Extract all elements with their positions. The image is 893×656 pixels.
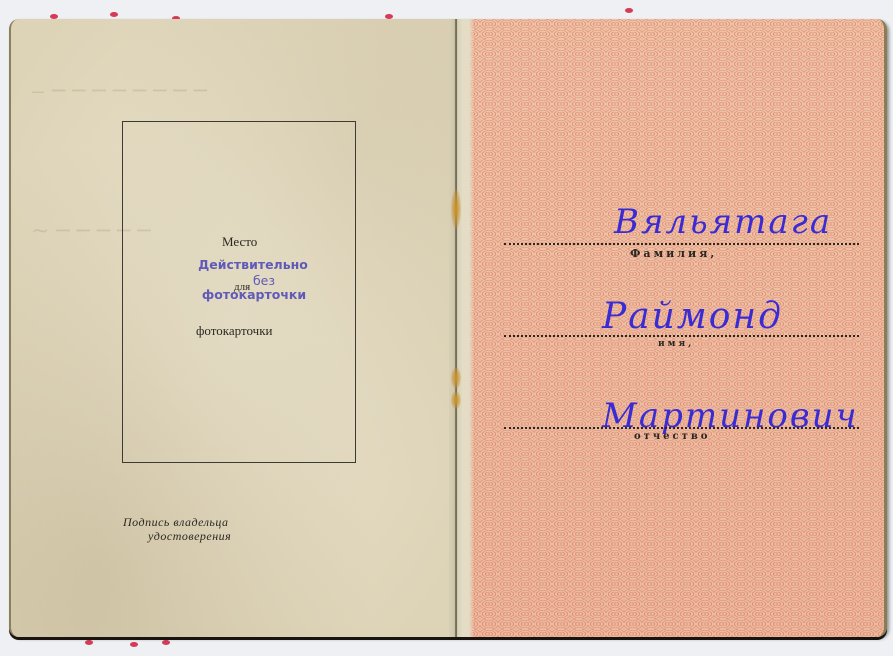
stamp-line-photo: фотокарточки: [189, 289, 319, 302]
left-page: ‒ ─ ─ ─ ─ ─ ─ ─ ─ ~ ─ ─ ─ ─ ─ Место для …: [9, 19, 452, 637]
first-name-label: имя,: [658, 339, 694, 349]
patronymic-label: отчество: [634, 431, 710, 442]
signature-caption-line2: удостоверения: [148, 529, 231, 544]
stamp-line-valid: Действительно: [187, 259, 319, 272]
thread-fiber: [162, 640, 170, 645]
thread-fiber: [625, 8, 633, 13]
rust-stain: [451, 367, 461, 389]
rust-stain: [451, 391, 461, 409]
validity-stamp: Действительно без фотокарточки: [187, 259, 319, 302]
surname-line: [504, 243, 859, 245]
signature-caption-line1: Подпись владельца: [123, 515, 229, 530]
surname-handwritten: Вяльятага: [614, 205, 832, 239]
photo-caption-photo: фотокарточки: [196, 323, 272, 339]
first-name-line: [504, 335, 859, 337]
right-page: Вяльятага Фамилия, Раймонд имя, Мартинов…: [462, 19, 887, 637]
booklet-spine: [449, 19, 463, 637]
thread-fiber: [85, 640, 93, 645]
bleed-through-text: ‒ ─ ─ ─ ─ ─ ─ ─ ─: [31, 79, 207, 104]
id-booklet: ‒ ─ ─ ─ ─ ─ ─ ─ ─ ~ ─ ─ ─ ─ ─ Место для …: [9, 19, 887, 637]
thread-fiber: [130, 642, 138, 647]
rust-stain: [451, 189, 461, 229]
surname-label: Фамилия,: [630, 247, 717, 260]
thread-fiber: [110, 12, 118, 17]
stamp-line-without: без: [209, 275, 319, 288]
patronymic-line: [504, 427, 859, 429]
photo-caption-place: Место: [222, 234, 257, 250]
first-name-handwritten: Раймонд: [602, 299, 783, 335]
